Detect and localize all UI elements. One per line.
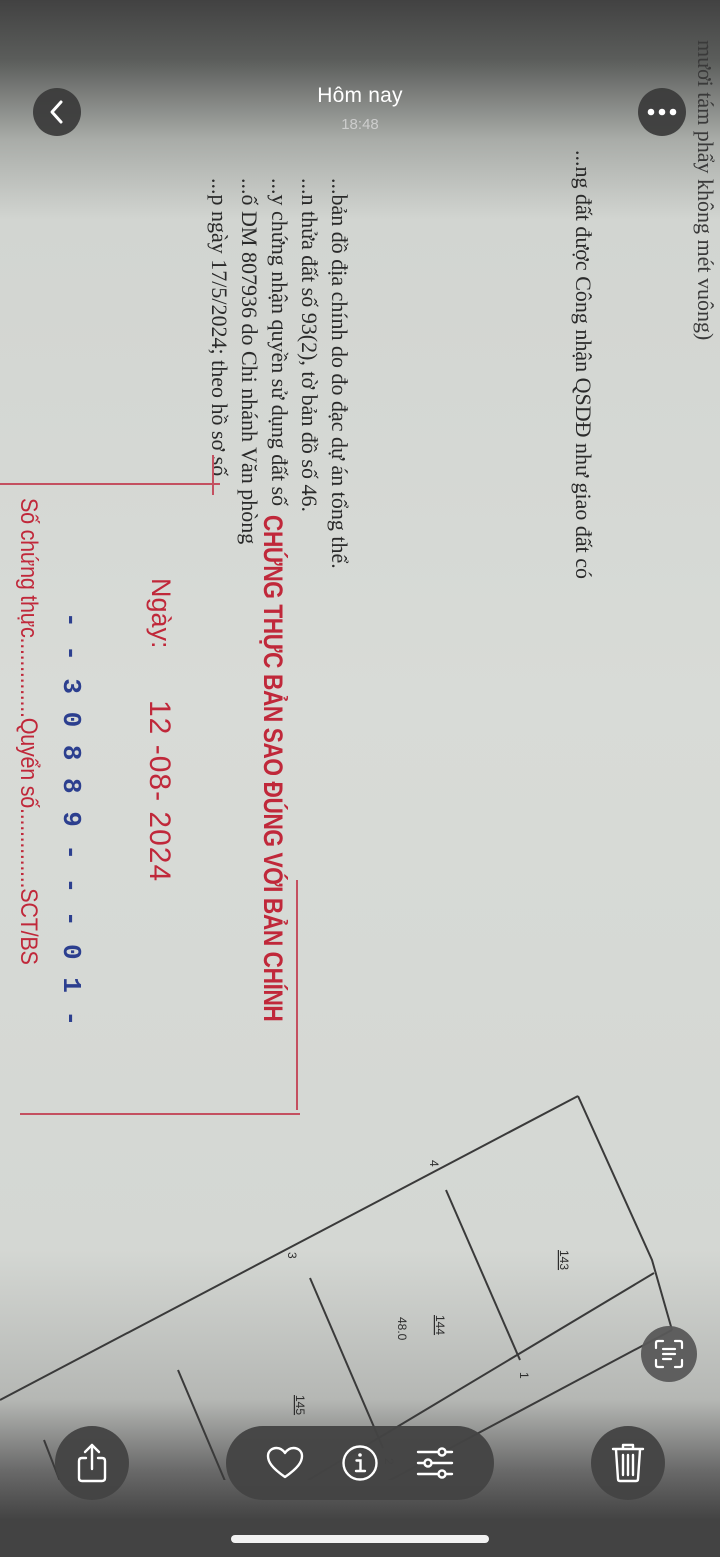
heart-icon — [266, 1446, 304, 1480]
point-label: 4 — [427, 1160, 441, 1167]
document-line: ...y chứng nhận quyền sử dụng đất số — [266, 178, 292, 506]
stamp-date-value: 12 -08- 2024 — [142, 700, 176, 882]
adjust-button[interactable] — [413, 1441, 457, 1485]
delete-button[interactable] — [591, 1426, 665, 1500]
parcel-label: 143 — [557, 1250, 571, 1270]
stamp-border — [0, 483, 220, 485]
favorite-button[interactable] — [263, 1441, 307, 1485]
stamp-footer: Số chứng thực..............Quyển số.....… — [14, 498, 42, 965]
photo-time: 18:48 — [0, 116, 720, 133]
live-text-button[interactable] — [641, 1326, 697, 1382]
header: Hôm nay 18:48 — [0, 84, 720, 133]
photo-viewer[interactable]: mươi tám phẩy không mét vuông) ...ng đất… — [0, 0, 720, 1557]
stamp-number: - - 3 0 8 8 9 - - - 0 1 - — [56, 612, 86, 1027]
parcel-label: 144 — [433, 1315, 447, 1335]
home-indicator[interactable] — [231, 1535, 489, 1543]
info-icon — [341, 1444, 379, 1482]
ellipsis-icon — [647, 108, 677, 116]
stamp-heading: CHỨNG THỰC BẢN SAO ĐÚNG VỚI BẢN CHÍNH — [257, 515, 288, 1021]
live-text-scan-icon — [653, 1338, 685, 1370]
parcel-label: 145 — [293, 1395, 307, 1415]
info-button[interactable] — [338, 1441, 382, 1485]
stamp-date-label: Ngày: — [145, 578, 176, 649]
document-line: ...ố DM 807936 do Chi nhánh Văn phòng — [236, 178, 262, 544]
stamp-border — [212, 455, 214, 495]
document-line: ...p ngày 17/5/2024; theo hồ sơ số — [206, 178, 232, 476]
cadastral-map: 143 144 48.0 145 146 1 2 3 4 — [0, 1080, 720, 1480]
sliders-icon — [416, 1446, 454, 1480]
document-line: ...ng đất được Công nhận QSDĐ như giao đ… — [570, 150, 596, 579]
document-line: ...n thửa đất số 93(2), tờ bản đồ số 46. — [296, 178, 322, 512]
parcel-area: 48.0 — [395, 1317, 409, 1341]
point-label: 1 — [517, 1372, 531, 1379]
share-button[interactable] — [55, 1426, 129, 1500]
trash-icon — [611, 1443, 645, 1483]
document-line: ...bản đồ địa chính do đo đạc dự án tổng… — [326, 178, 352, 569]
photo-actions-toolbar — [226, 1426, 494, 1500]
stamp-border — [296, 880, 298, 1110]
share-icon — [75, 1443, 109, 1483]
more-button[interactable] — [638, 88, 686, 136]
point-label: 3 — [285, 1252, 299, 1259]
page-title: Hôm nay — [0, 84, 720, 108]
